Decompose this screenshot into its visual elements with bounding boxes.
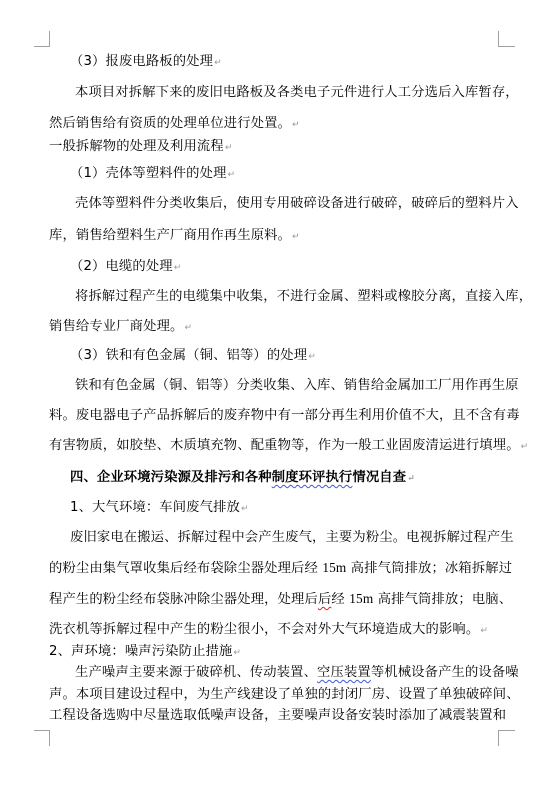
paragraph-mark-icon: ↵ (292, 120, 300, 130)
body-line: 的粉尘由集气罩收集后经布袋除尘器处理后经 15m 高排气筒排放；冰箱拆解过 (49, 559, 501, 578)
line-text: 1、大气环境：车间废气排放 (70, 500, 240, 515)
body-line: 库，销售给塑料生产厂商用作再生原料。↵ (49, 227, 501, 246)
body-line: 将拆解过程产生的电缆集中收集，不进行金属、塑料或橡胶分离，直接入库， (75, 288, 501, 306)
body-line: 销售给专业厂商处理。↵ (49, 318, 501, 337)
line-text: （3）铁和有色金属（铜、铝等）的处理 (70, 348, 307, 363)
body-line: 废旧家电在搬运、拆解过程中会产生废气，主要为粉尘。电视拆解过程产生 (70, 529, 501, 547)
subheading-noise: 2、声环境：噪声污染防止措施↵ (49, 643, 501, 662)
line-text: 高排气筒排放；冰箱拆解过 (346, 561, 512, 576)
subheading-air: 1、大气环境：车间废气排放↵ (70, 499, 522, 518)
body-line: 生产噪声主要来源于破碎机、传动装置、空压装置等机械设备产生的设备噪 (75, 664, 501, 682)
line-text: 废旧家电在搬运、拆解过程中会产生废气，主要为粉尘。电视拆解过程产生 (70, 530, 514, 545)
body-line: 工程设备选购中尽量选取低噪声设备，主要噪声设备安装时添加了减震装置和 (49, 707, 501, 725)
body-line: 料。废电器电子产品拆解后的废弃物中有一部分再生利用价值不大，且不含有毒 (49, 407, 501, 425)
paragraph-mark-icon: ↵ (521, 442, 529, 452)
line-text: 的粉尘由集气罩收集后经布袋除尘器处理后经 (49, 561, 322, 576)
line-text: 2、声环境：噪声污染防止措施 (49, 644, 232, 659)
line-text: 程产生的粉尘经布袋脉冲除尘器处理，处理后 (49, 592, 318, 607)
subheading-plastic: （1）壳体等塑料件的处理↵ (70, 165, 522, 184)
paragraph-mark-icon: ↵ (184, 323, 192, 333)
line-text: （3）报废电路板的处理 (70, 54, 213, 69)
body-line: 洗衣机等拆解过程中产生的粉尘很小，不会对外大气环境造成大的影响。↵ (49, 621, 501, 640)
heading-text: 四、企业环境污染源及排污和各种 (70, 470, 272, 485)
bottom-right-margin-mark (498, 730, 515, 746)
body-line: 声。本项目建设过程中，为生产线建设了单独的封闭厂房、设置了单独破碎间、 (49, 686, 501, 704)
line-text: 本项目对拆解下来的废旧电路板及各类电子元件进行人工分选后入库暂存， (75, 85, 519, 100)
line-text: （1）壳体等塑料件的处理 (70, 166, 227, 181)
line-text: 洗衣机等拆解过程中产生的粉尘很小，不会对外大气环境造成大的影响。 (49, 622, 479, 637)
paragraph-mark-icon: ↵ (174, 263, 182, 273)
line-text: （2）电缆的处理 (70, 259, 173, 274)
grammar-flagged-text[interactable]: 制度环评执行 (272, 470, 353, 485)
subheading-circuit-board: （3）报废电路板的处理↵ (70, 53, 522, 72)
body-line: 壳体等塑料件分类收集后，使用专用破碎设备进行破碎，破碎后的塑料片入 (75, 195, 501, 213)
line-text: 生产噪声主要来源于破碎机、传动装置、 (75, 665, 317, 680)
line-text: 将拆解过程产生的电缆集中收集，不进行金属、塑料或橡胶分离，直接入库， (75, 289, 532, 304)
section-heading-four: 四、企业环境污染源及排污和各种制度环评执行情况自查↵ (70, 469, 522, 488)
line-text: 一般拆解物的处理及利用流程 (49, 139, 224, 154)
subheading-metal: （3）铁和有色金属（铜、铝等）的处理↵ (70, 347, 522, 366)
paragraph-mark-icon: ↵ (228, 170, 236, 180)
line-text: 销售给专业厂商处理。 (49, 319, 183, 334)
body-line: 程产生的粉尘经布袋脉冲除尘器处理，处理后后经 15m 高排气筒排放；电脑、 (49, 590, 501, 609)
top-left-margin-mark (34, 31, 50, 47)
line-text: 高排气筒排放；电脑、 (373, 592, 512, 607)
spelling-flagged-text[interactable]: 后 (318, 592, 331, 607)
line-text: 工程设备选购中尽量选取低噪声设备，主要噪声设备安装时添加了减震装置和 (49, 708, 506, 723)
paragraph-mark-icon: ↵ (407, 474, 415, 484)
line-text: 声。本项目建设过程中，为生产线建设了单独的封闭厂房、设置了单独破碎间、 (49, 687, 520, 702)
line-text: 壳体等塑料件分类收集后，使用专用破碎设备进行破碎，破碎后的塑料片入 (75, 196, 519, 211)
section-heading-general: 一般拆解物的处理及利用流程↵ (49, 138, 501, 157)
line-text: 料。废电器电子产品拆解后的废弃物中有一部分再生利用价值不大，且不含有毒 (49, 408, 520, 423)
document-page[interactable]: （3）报废电路板的处理↵ 本项目对拆解下来的废旧电路板及各类电子元件进行人工分选… (0, 0, 543, 790)
grammar-flagged-text[interactable]: 空压装置 (317, 665, 371, 680)
body-line: 铁和有色金属（铜、铝等）分类收集、入库、销售给金属加工厂用作再生原 (75, 377, 501, 395)
line-text: 有害物质，如胶垫、木质填充物、配重物等，作为一般工业固废清运进行填埋。 (49, 438, 520, 453)
line-text: 库，销售给塑料生产厂商用作再生原料。 (49, 228, 291, 243)
heading-text: 情况自查 (352, 470, 406, 485)
line-text: 经 (331, 592, 349, 607)
measurement-text: 15m (349, 591, 373, 606)
line-text: 铁和有色金属（铜、铝等）分类收集、入库、销售给金属加工厂用作再生原 (75, 378, 519, 393)
body-line: 有害物质，如胶垫、木质填充物、配重物等，作为一般工业固废清运进行填埋。↵ (49, 437, 501, 456)
paragraph-mark-icon: ↵ (233, 648, 241, 658)
measurement-text: 15m (322, 560, 346, 575)
paragraph-mark-icon: ↵ (225, 143, 233, 153)
subheading-cable: （2）电缆的处理↵ (70, 258, 522, 277)
paragraph-mark-icon: ↵ (292, 232, 300, 242)
bottom-left-margin-mark (34, 730, 50, 746)
line-text: 然后销售给有资质的处理单位进行处置。 (49, 116, 291, 131)
body-line: 然后销售给有资质的处理单位进行处置。↵ (49, 115, 501, 134)
paragraph-mark-icon: ↵ (214, 58, 222, 68)
top-right-margin-mark (498, 31, 515, 47)
paragraph-mark-icon: ↵ (480, 626, 488, 636)
line-text: 等机械设备产生的设备噪 (371, 665, 519, 680)
paragraph-mark-icon: ↵ (308, 352, 316, 362)
paragraph-mark-icon: ↵ (241, 504, 249, 514)
body-line: 本项目对拆解下来的废旧电路板及各类电子元件进行人工分选后入库暂存， (75, 84, 501, 102)
